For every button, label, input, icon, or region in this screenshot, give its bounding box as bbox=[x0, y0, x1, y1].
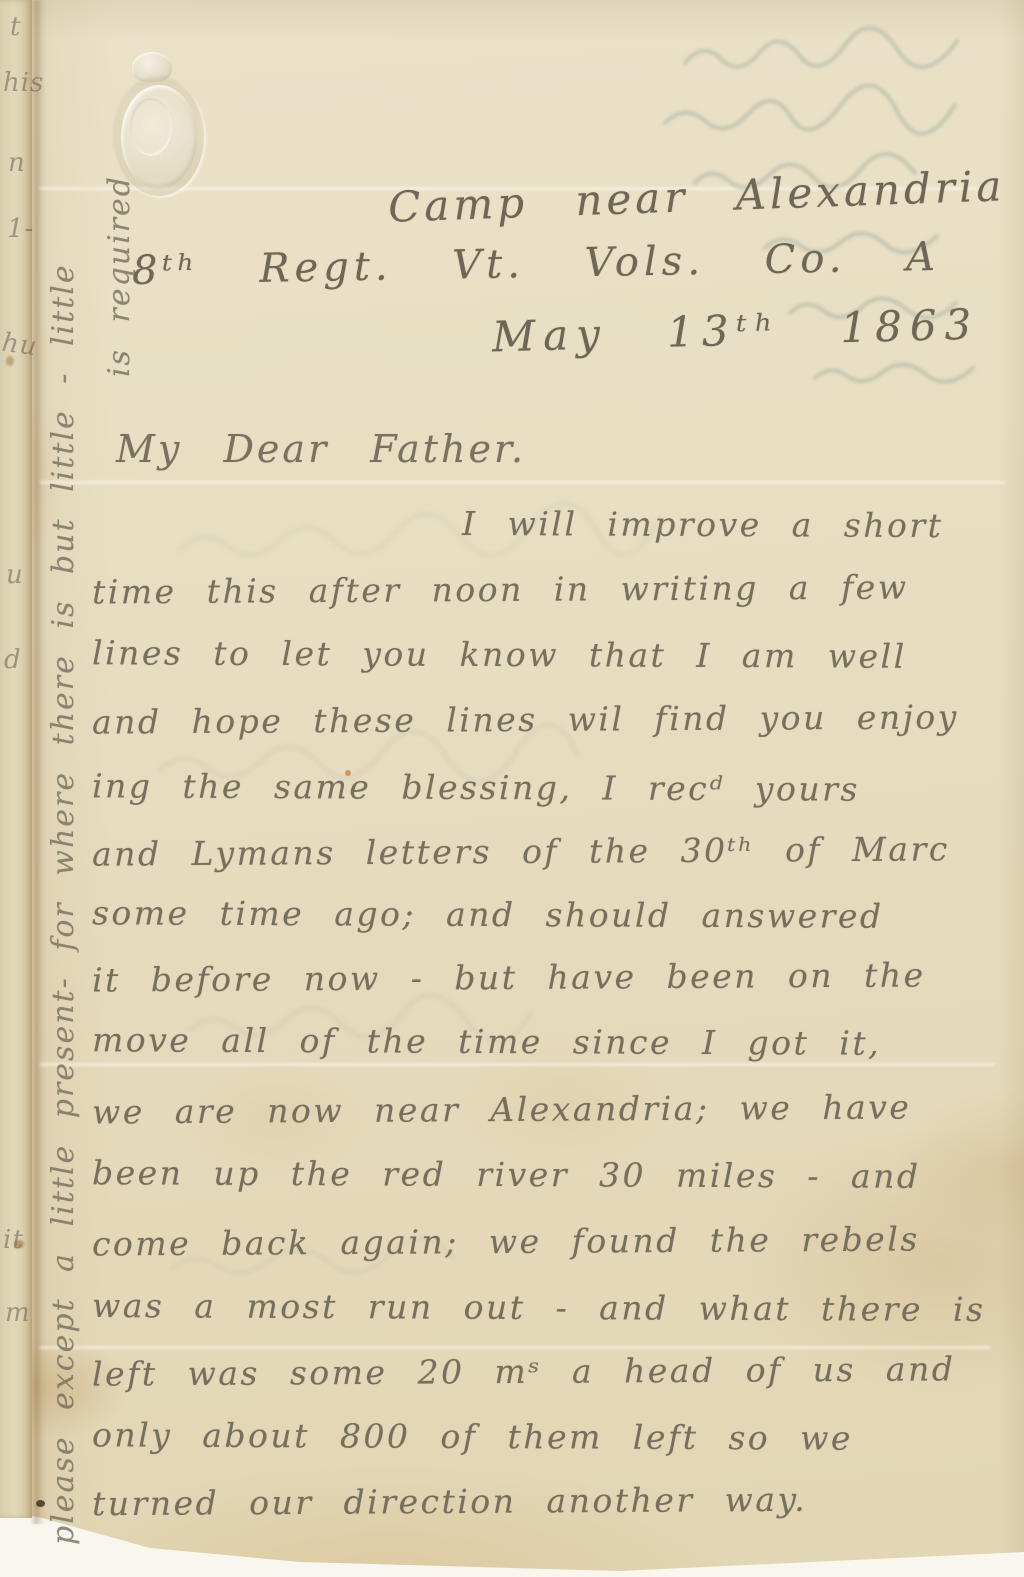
body-line: only about 800 of them left so we bbox=[92, 1415, 853, 1457]
body-line: and Lymans letters of the 30ᵗʰ of Marc bbox=[92, 829, 950, 873]
edge-fragment: it bbox=[3, 1225, 24, 1255]
edge-fragment: u bbox=[6, 560, 24, 590]
edge-fragment: n bbox=[8, 148, 26, 178]
body-line: and hope these lines wil find you enjoy bbox=[92, 697, 959, 741]
edge-fragment: 1- bbox=[7, 214, 34, 244]
edge-fragment: d bbox=[4, 645, 22, 675]
edge-fragment: m bbox=[5, 1298, 31, 1328]
body-line: been up the red river 30 miles - and bbox=[92, 1153, 921, 1196]
body-line: ing the same blessing, I recᵈ yours bbox=[92, 766, 860, 808]
margin-note: please except a little present- for wher… bbox=[36, 25, 148, 1545]
letter-body: I will improve a short time this after n… bbox=[0, 0, 1024, 1577]
edge-fragment: hu bbox=[0, 328, 39, 363]
edge-fragment: his bbox=[3, 68, 44, 98]
body-line: I will improve a short bbox=[462, 504, 944, 545]
body-line: come back again; we found the rebels bbox=[92, 1219, 920, 1263]
body-line: we are now near Alexandria; we have bbox=[92, 1087, 912, 1131]
body-line: move all of the time since I got it, bbox=[92, 1020, 881, 1062]
margin-note-line: please except a little present- for wher… bbox=[36, 25, 92, 1545]
body-line: was a most run out - and what there is bbox=[92, 1286, 986, 1329]
body-line: lines to let you know that I am well bbox=[92, 633, 907, 676]
body-line: some time ago; and should answered bbox=[92, 893, 884, 935]
scanned-letter-page: Camp near Alexandria 8ᵗʰ Regt. Vt. Vols.… bbox=[0, 0, 1024, 1577]
edge-fragment: t bbox=[10, 12, 21, 42]
body-line: it before now - but have been on the bbox=[92, 955, 926, 999]
margin-note-line: is required bbox=[92, 25, 148, 1545]
body-line: left was some 20 mˢ a head of us and bbox=[92, 1349, 956, 1393]
body-line: time this after noon in writing a few bbox=[92, 568, 909, 612]
body-line: turned our direction another way. bbox=[92, 1480, 807, 1523]
